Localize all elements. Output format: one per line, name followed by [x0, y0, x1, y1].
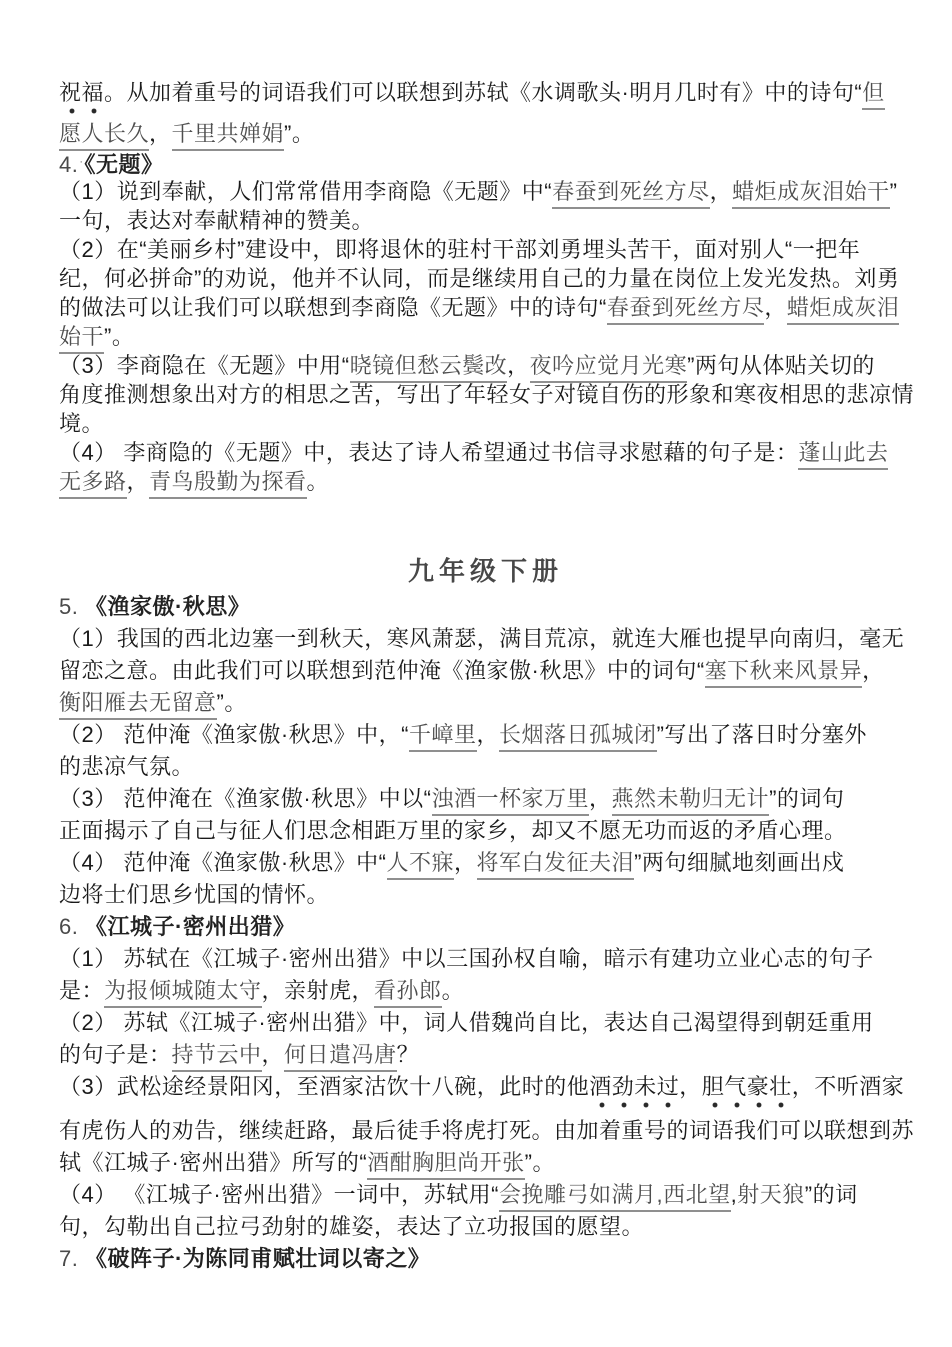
text-run: 正面揭示了自己与征人们思念相距万里的家乡，却又不愿无功而返的矛盾心理。	[59, 818, 847, 843]
text-run: ，	[477, 722, 500, 747]
text-run: ”。	[104, 324, 134, 349]
answer-blank-underlined: 千嶂里	[409, 722, 477, 752]
answer-blank-underlined: 始干	[59, 324, 104, 354]
answer-blank-underlined: 蓬山此去	[798, 440, 888, 470]
text-run: ，	[679, 1074, 702, 1099]
text-line: 边将士们思乡忧国的情怀。	[59, 879, 912, 911]
text-run: ，	[862, 658, 885, 683]
answer-blank-underlined: 酒酣胸胆尚开张	[367, 1150, 525, 1180]
answer-blank-underlined: 春蚕到死丝方尽	[552, 179, 710, 209]
answer-blank-underlined: 将军白发征夫泪	[477, 850, 635, 880]
emphasized-text-dots: 酒劲未过	[589, 1074, 679, 1108]
text-run: （3）武松途经景阳冈，至酒家沽饮十八碗，此时的他	[59, 1074, 589, 1099]
text-run: ，	[507, 353, 530, 378]
text-line: （3）武松途经景阳冈，至酒家沽饮十八碗，此时的他酒劲未过，胆气豪壮，不听酒家	[59, 1071, 912, 1103]
text-run: 留恋之意。由此我们可以联想到范仲淹《渔家傲·秋思》中的词句“	[59, 658, 705, 683]
answer-blank-underlined: 夜吟应觉月光寒	[530, 353, 688, 383]
text-run: 角度推测想象出对方的相思之苦，写出了年轻女子对镜自伤的形象和寒夜相思的悲凉情	[59, 382, 914, 407]
answer-blank-underlined: 愿人长久	[59, 121, 149, 151]
text-line: 的做法可以让我们可以联想到李商隐《无题》中的诗句“春蚕到死丝方尽，蜡炬成灰泪	[59, 293, 912, 322]
text-run: 轼《江城子·密州出猎》所写的“	[59, 1150, 367, 1175]
answer-blank-underlined: 看孙郎	[374, 978, 442, 1008]
text-run: （1） 苏轼在《江城子·密州出猎》中以三国孙权自喻，暗示有建功立业心志的句子	[59, 946, 874, 971]
text-line: 句，勾勒出自己拉弓劲射的雄姿，表达了立功报国的愿望。	[59, 1211, 912, 1243]
text-run: ”	[890, 179, 898, 204]
text-run: 是：	[59, 978, 104, 1003]
text-run: ”。	[217, 690, 247, 715]
text-line: 始干”。	[59, 322, 912, 351]
answer-blank-underlined: 晓镜但愁云鬓改	[350, 353, 508, 383]
text-run: 的做法可以让我们可以联想到李商隐《无题》中的诗句“	[59, 295, 607, 320]
text-run: 一句，表达对奉献精神的赞美。	[59, 208, 374, 233]
text-run: （2） 范仲淹《渔家傲·秋思》中，“	[59, 722, 409, 747]
text-run: （4） 《江城子·密州出猎》一词中，苏轼用“	[59, 1182, 499, 1207]
answer-blank-underlined: 青鸟殷勤为探看	[149, 469, 307, 499]
emphasized-text-dots: 胆气豪壮	[702, 1074, 792, 1108]
answer-blank-underlined: 无多路	[59, 469, 127, 499]
text-run: 。	[307, 469, 330, 494]
text-line: （4） 范仲淹《渔家傲·秋思》中“人不寐，将军白发征夫泪”两句细腻地刻画出戍	[59, 847, 912, 879]
text-run: 边将士们思乡忧国的情怀。	[59, 882, 329, 907]
answer-blank-underlined: 蜡炬成灰泪始干	[732, 179, 890, 209]
text-run: ，	[149, 121, 172, 146]
text-run: ？	[397, 1042, 420, 1067]
answer-blank-underlined: 衡阳雁去无留意	[59, 690, 217, 720]
footnote-dot: ·	[79, 156, 83, 168]
text-line: 境。	[59, 409, 912, 438]
text-run: （3） 范仲淹在《渔家傲·秋思》中以“	[59, 786, 432, 811]
text-run: 的句子是：	[59, 1042, 172, 1067]
text-line: 5. 《渔家傲·秋思》	[59, 591, 912, 623]
text-run: （3）李商隐在《无题》中用“	[59, 353, 350, 378]
text-line: （2） 范仲淹《渔家傲·秋思》中，“千嶂里，长烟落日孤城闭”写出了落日时分塞外	[59, 719, 912, 751]
item-title-text: 《渔家傲·秋思》	[85, 594, 250, 619]
text-line: （2）在“美丽乡村”建设中，即将退休的驻村干部刘勇埋头苦干，面对别人“一把年	[59, 235, 912, 264]
text-run: 有虎伤人的劝告，继续赶路，最后徒手将虎打死。由加着重号的词语我们可以联想到苏	[59, 1118, 914, 1143]
text-line: 轼《江城子·密州出猎》所写的“酒酣胸胆尚开张”。	[59, 1147, 912, 1179]
text-line: （3）李商隐在《无题》中用“晓镜但愁云鬓改，夜吟应觉月光寒”两句从体贴关切的	[59, 351, 912, 380]
answer-blank-underlined: 千里共婵娟	[172, 121, 285, 151]
text-run: 。从加着重号的词语我们可以联想到苏轼《水调歌头·明月几时有》中的诗句“	[104, 80, 862, 105]
item-number: 5.	[59, 594, 85, 619]
text-line: 无多路，青鸟殷勤为探看。	[59, 467, 912, 496]
answer-blank-underlined: 春蚕到死丝方尽	[607, 295, 765, 325]
text-run: ”。	[525, 1150, 555, 1175]
text-run: （4） 李商隐的《无题》中，表达了诗人希望通过书信寻求慰藉的句子是：	[59, 440, 798, 465]
text-line: （4） 李商隐的《无题》中，表达了诗人希望通过书信寻求慰藉的句子是：蓬山此去	[59, 438, 912, 467]
answer-blank-underlined: 但	[862, 80, 885, 110]
item5-6-section: 5. 《渔家傲·秋思》（1）我国的西北边塞一到秋天，寒风萧瑟，满目荒凉，就连大雁…	[59, 591, 912, 1071]
document-page: 祝福。从加着重号的词语我们可以联想到苏轼《水调歌头·明月几时有》中的诗句“但愿人…	[0, 0, 952, 1347]
text-line: 正面揭示了自己与征人们思念相距万里的家乡，却又不愿无功而返的矛盾心理。	[59, 815, 912, 847]
text-run: 境。	[59, 411, 104, 436]
item-number: 6.	[59, 914, 85, 939]
text-line: （1）我国的西北边塞一到秋天，寒风萧瑟，满目荒凉，就连大雁也提早向南归，毫无	[59, 623, 912, 655]
text-run: ，	[589, 786, 612, 811]
answer-blank-underlined: 塞下秋来风景异	[705, 658, 863, 688]
text-run: ”。	[284, 121, 314, 146]
text-run: 。	[442, 978, 465, 1003]
text-line: 纪，何必拼命”的劝说，他并不认同，而是继续用自己的力量在岗位上发光发热。刘勇	[59, 264, 912, 293]
text-line: （1） 苏轼在《江城子·密州出猎》中以三国孙权自喻，暗示有建功立业心志的句子	[59, 943, 912, 975]
text-line: （4） 《江城子·密州出猎》一词中，苏轼用“会挽雕弓如满月,西北望,射天狼”的词	[59, 1179, 912, 1211]
text-line: 一句，表达对奉献精神的赞美。	[59, 206, 912, 235]
text-line: （2） 苏轼《江城子·密州出猎》中，词人借魏尚自比，表达自己渴望得到朝廷重用	[59, 1007, 912, 1039]
emphasized-text-dots: 祝福	[59, 80, 104, 114]
item-title-text: 《江城子·密州出猎》	[85, 914, 295, 939]
answer-blank-underlined: 会挽雕弓如满月,	[499, 1182, 663, 1212]
text-run: ，亲射虎，	[262, 978, 375, 1003]
text-line: （3） 范仲淹在《渔家傲·秋思》中以“浊酒一杯家万里，燕然未勒归无计”的词句	[59, 783, 912, 815]
answer-blank-underlined: 人不寐	[387, 850, 455, 880]
answer-blank-underlined: 为报倾城随太守	[104, 978, 262, 1008]
text-run: ，	[764, 295, 787, 320]
text-run: ，不听酒家	[792, 1074, 905, 1099]
answer-text: 射天狼	[737, 1182, 805, 1207]
text-line: 衡阳雁去无留意”。	[59, 687, 912, 719]
text-line: 的句子是：持节云中，何日遣冯唐？	[59, 1039, 912, 1071]
text-run: （2）在“美丽乡村”建设中，即将退休的驻村干部刘勇埋头苦干，面对别人“一把年	[59, 237, 860, 262]
text-line: 4.·《无题》	[59, 148, 912, 177]
text-run: ，	[262, 1042, 285, 1067]
text-run: ”的词句	[769, 786, 844, 811]
text-line: 6. 《江城子·密州出猎》	[59, 911, 912, 943]
text-line: 留恋之意。由此我们可以联想到范仲淹《渔家傲·秋思》中的词句“塞下秋来风景异，	[59, 655, 912, 687]
answer-blank-underlined: 蜡炬成灰泪	[787, 295, 900, 325]
answer-blank-underlined: 西北望	[663, 1182, 731, 1212]
text-run: （4） 范仲淹《渔家傲·秋思》中“	[59, 850, 387, 875]
text-run: ，	[710, 179, 733, 204]
item6-7-section: （3）武松途经景阳冈，至酒家沽饮十八碗，此时的他酒劲未过，胆气豪壮，不听酒家有虎…	[59, 1071, 912, 1275]
item-title-text: 《无题》	[85, 152, 164, 177]
text-line: （1）说到奉献，人们常常借用李商隐《无题》中“春蚕到死丝方尽，蜡炬成灰泪始干”	[59, 177, 912, 206]
answer-blank-underlined: 何日遣冯唐	[284, 1042, 397, 1072]
grade-section-heading: 九年级下册	[59, 556, 912, 588]
text-run: 句，勾勒出自己拉弓劲射的雄姿，表达了立功报国的愿望。	[59, 1214, 644, 1239]
item4-section: 祝福。从加着重号的词语我们可以联想到苏轼《水调歌头·明月几时有》中的诗句“但愿人…	[59, 78, 912, 496]
text-run: ”写出了落日时分塞外	[657, 722, 867, 747]
text-line: 的悲凉气氛。	[59, 751, 912, 783]
answer-blank-underlined: 长烟落日孤城闭	[499, 722, 657, 752]
text-run: ”两句从体贴关切的	[687, 353, 875, 378]
text-line: 愿人长久，千里共婵娟”。	[59, 119, 912, 148]
text-line: 有虎伤人的劝告，继续赶路，最后徒手将虎打死。由加着重号的词语我们可以联想到苏	[59, 1115, 912, 1147]
text-run: 的悲凉气氛。	[59, 754, 194, 779]
text-run: ”两句细腻地刻画出戍	[634, 850, 844, 875]
text-run: ，	[127, 469, 150, 494]
item-title-text: 《破阵子·为陈同甫赋壮词以寄之》	[85, 1246, 430, 1271]
answer-blank-underlined: 燕然未勒归无计	[612, 786, 770, 816]
text-run: ，	[454, 850, 477, 875]
text-run: （1）我国的西北边塞一到秋天，寒风萧瑟，满目荒凉，就连大雁也提早向南归，毫无	[59, 626, 904, 651]
text-run: （2） 苏轼《江城子·密州出猎》中，词人借魏尚自比，表达自己渴望得到朝廷重用	[59, 1010, 874, 1035]
text-line: 7. 《破阵子·为陈同甫赋壮词以寄之》	[59, 1243, 912, 1275]
item-number: 7.	[59, 1246, 85, 1271]
text-run: ”的词	[805, 1182, 858, 1207]
answer-blank-underlined: 持节云中	[172, 1042, 262, 1072]
text-line: 是：为报倾城随太守，亲射虎，看孙郎。	[59, 975, 912, 1007]
text-line: 角度推测想象出对方的相思之苦，写出了年轻女子对镜自伤的形象和寒夜相思的悲凉情	[59, 380, 912, 409]
item-number: 4.	[59, 152, 78, 177]
text-run: 纪，何必拼命”的劝说，他并不认同，而是继续用自己的力量在岗位上发光发热。刘勇	[59, 266, 899, 291]
answer-blank-underlined: 浊酒一杯家万里	[432, 786, 590, 816]
text-run: （1）说到奉献，人们常常借用李商隐《无题》中“	[59, 179, 552, 204]
text-line: 祝福。从加着重号的词语我们可以联想到苏轼《水调歌头·明月几时有》中的诗句“但	[59, 78, 912, 107]
